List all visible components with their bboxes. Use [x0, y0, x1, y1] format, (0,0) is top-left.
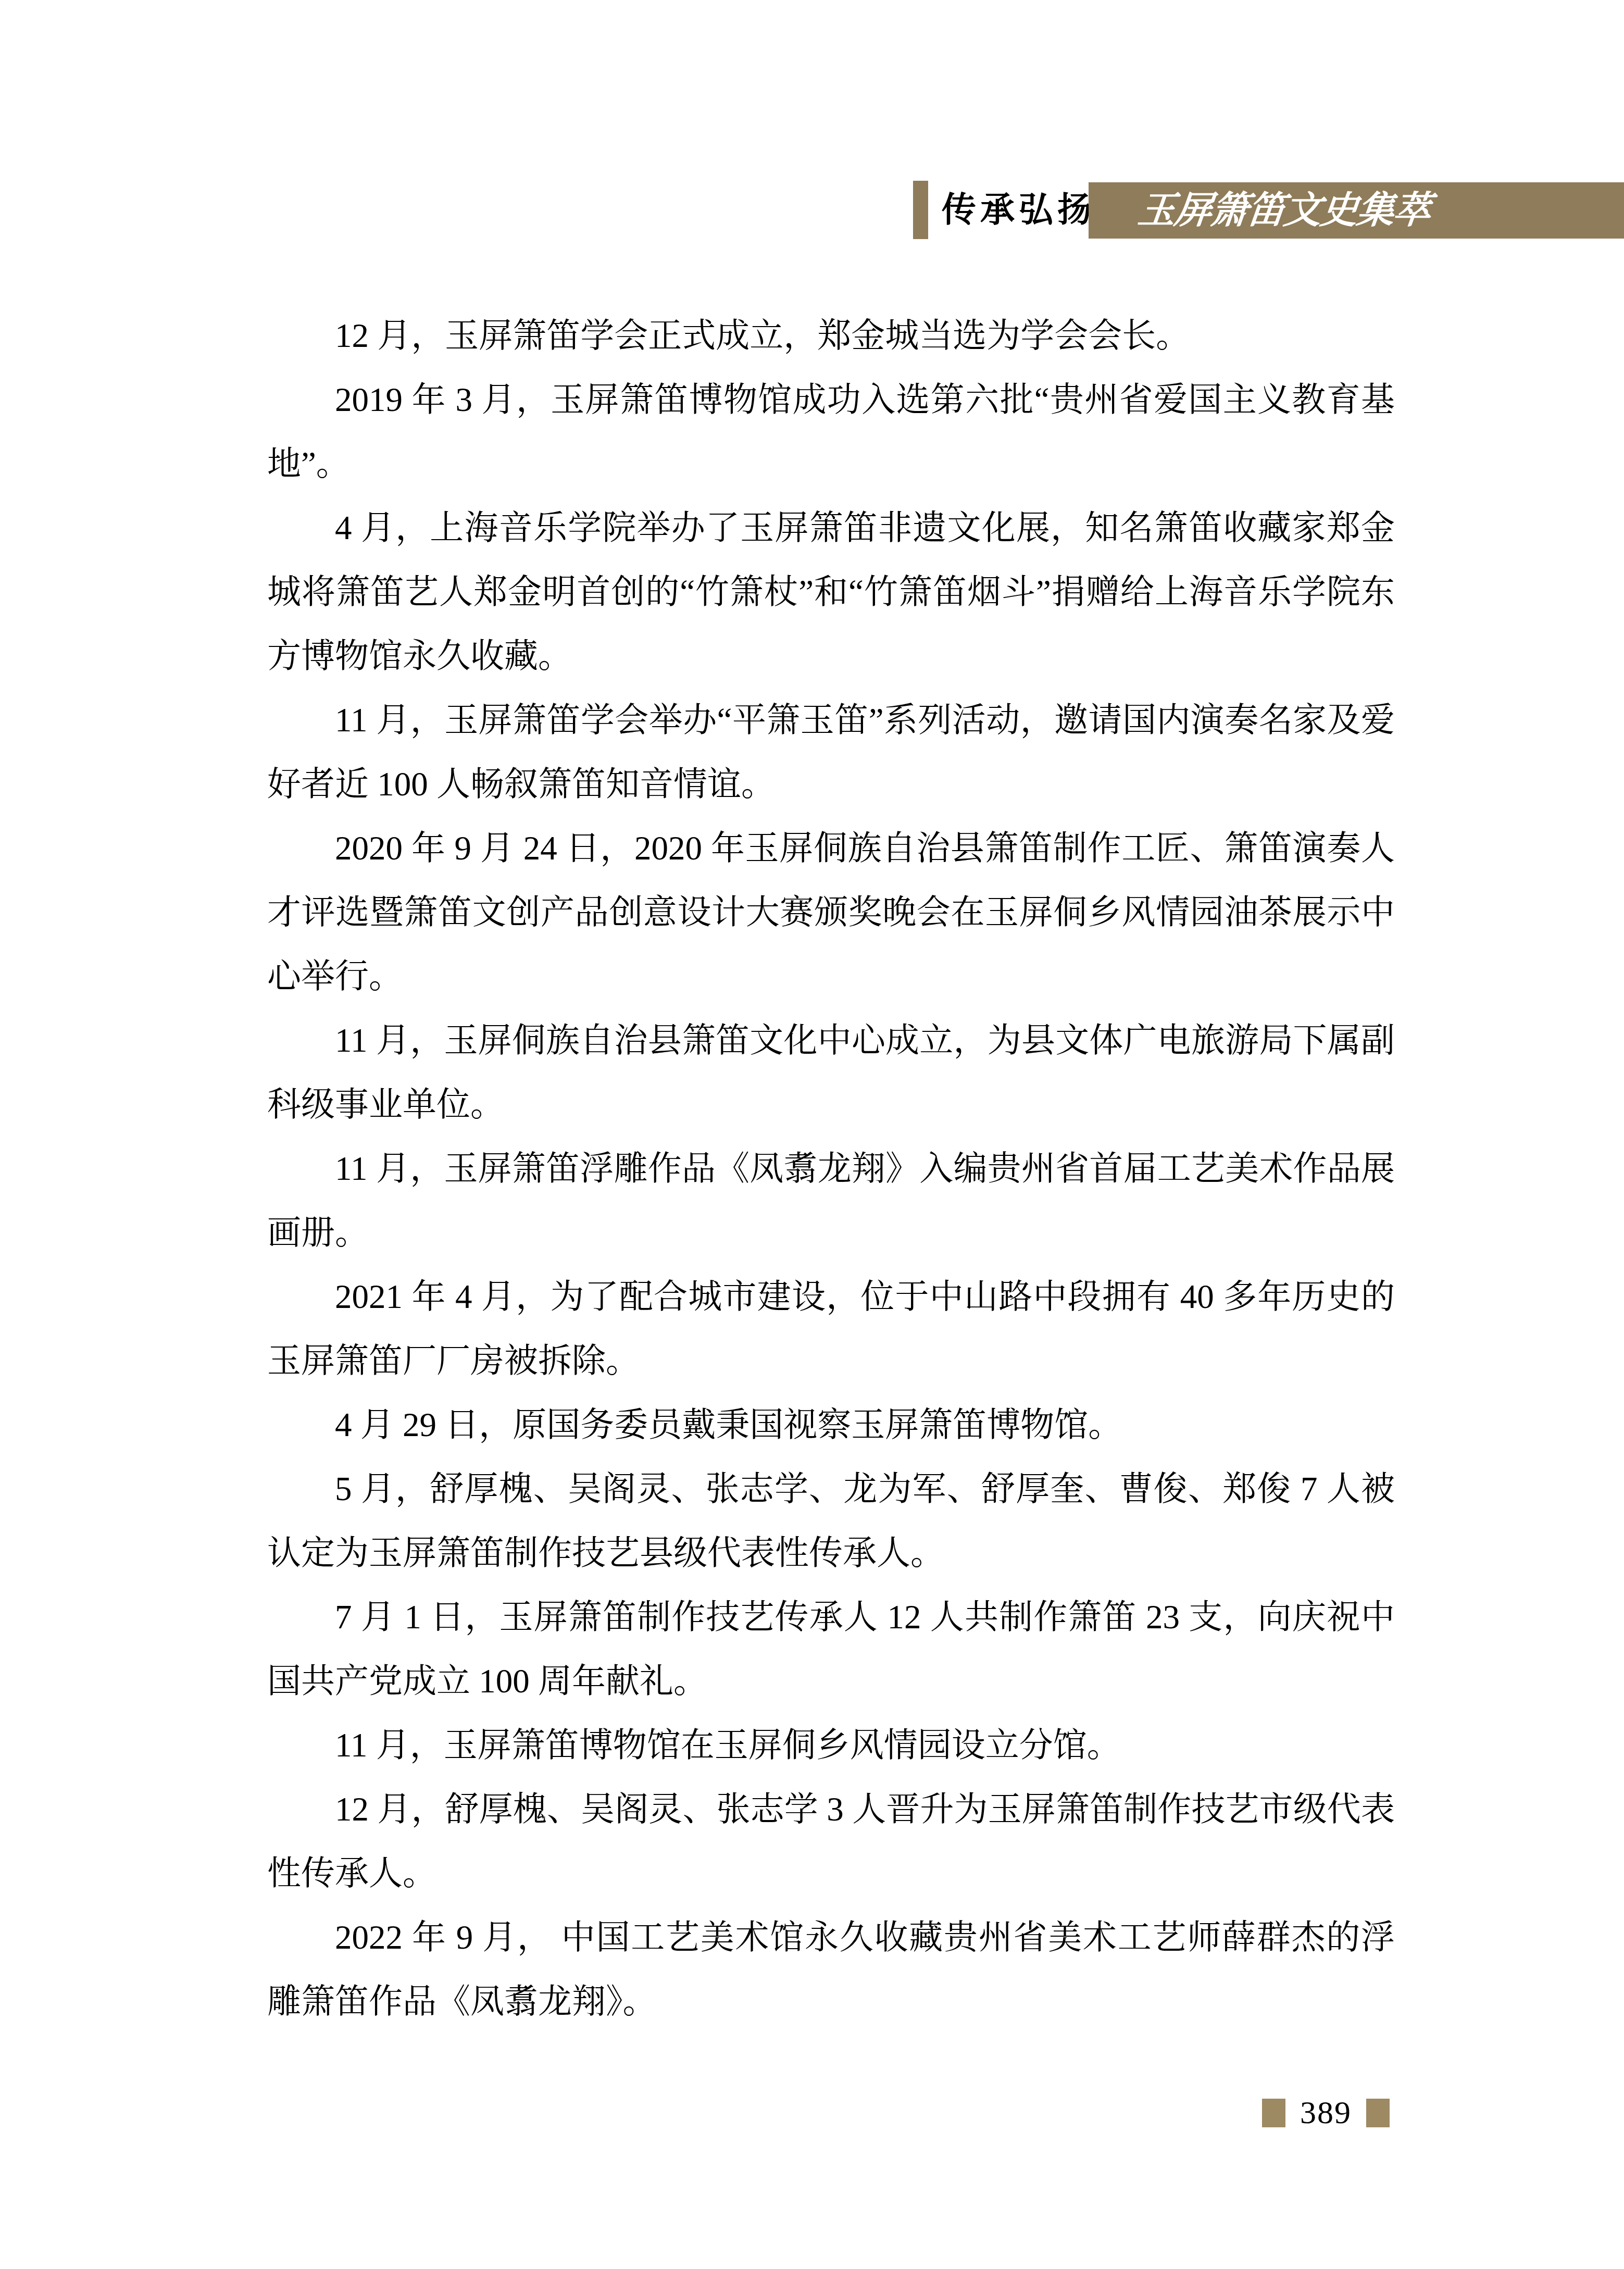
- page-number: 389: [1285, 2098, 1366, 2127]
- page-number-right-square: [1366, 2099, 1390, 2127]
- paragraph: 2019 年 3 月，玉屏箫笛博物馆成功入选第六批“贵州省爱国主义教育基地”。: [267, 368, 1395, 496]
- paragraph: 4 月 29 日，原国务委员戴秉国视察玉屏箫笛博物馆。: [267, 1393, 1395, 1457]
- paragraph: 11 月，玉屏箫笛浮雕作品《凤翥龙翔》入编贵州省首届工艺美术作品展画册。: [267, 1137, 1395, 1265]
- book-page: 传承弘扬 玉屏箫笛文史集萃 12 月，玉屏箫笛学会正式成立，郑金城当选为学会会长…: [0, 0, 1624, 2269]
- chronicle-text: 12 月，玉屏箫笛学会正式成立，郑金城当选为学会会长。 2019 年 3 月，玉…: [267, 304, 1395, 2034]
- paragraph: 11 月，玉屏箫笛博物馆在玉屏侗乡风情园设立分馆。: [267, 1714, 1395, 1778]
- paragraph: 2022 年 9 月， 中国工艺美术馆永久收藏贵州省美术工艺师薛群杰的浮雕箫笛作…: [267, 1906, 1395, 2034]
- paragraph: 4 月，上海音乐学院举办了玉屏箫笛非遗文化展，知名箫笛收藏家郑金城将箫笛艺人郑金…: [267, 496, 1395, 689]
- paragraph: 12 月，玉屏箫笛学会正式成立，郑金城当选为学会会长。: [267, 304, 1395, 368]
- header-accent-bar: [913, 181, 928, 239]
- running-head: 传承弘扬 玉屏箫笛文史集萃: [0, 0, 1624, 271]
- header-banner: 玉屏箫笛文史集萃: [1089, 182, 1624, 239]
- page-footer: 389: [1262, 2098, 1390, 2127]
- paragraph: 12 月，舒厚槐、吴阁灵、张志学 3 人晋升为玉屏箫笛制作技艺市级代表性传承人。: [267, 1778, 1395, 1906]
- section-title: 传承弘扬: [942, 182, 1096, 239]
- paragraph: 2021 年 4 月，为了配合城市建设，位于中山路中段拥有 40 多年历史的玉屏…: [267, 1265, 1395, 1393]
- banner-calligraphy-title: 玉屏箫笛文史集萃: [1134, 175, 1433, 246]
- paragraph: 7 月 1 日，玉屏箫笛制作技艺传承人 12 人共制作箫笛 23 支，向庆祝中国…: [267, 1586, 1395, 1714]
- paragraph: 2020 年 9 月 24 日，2020 年玉屏侗族自治县箫笛制作工匠、箫笛演奏…: [267, 817, 1395, 1009]
- paragraph: 5 月，舒厚槐、吴阁灵、张志学、龙为军、舒厚奎、曹俊、郑俊 7 人被认定为玉屏箫…: [267, 1457, 1395, 1586]
- paragraph: 11 月，玉屏侗族自治县箫笛文化中心成立，为县文体广电旅游局下属副科级事业单位。: [267, 1009, 1395, 1137]
- page-number-left-square: [1262, 2099, 1285, 2127]
- paragraph: 11 月，玉屏箫笛学会举办“平箫玉笛”系列活动，邀请国内演奏名家及爱好者近 10…: [267, 689, 1395, 817]
